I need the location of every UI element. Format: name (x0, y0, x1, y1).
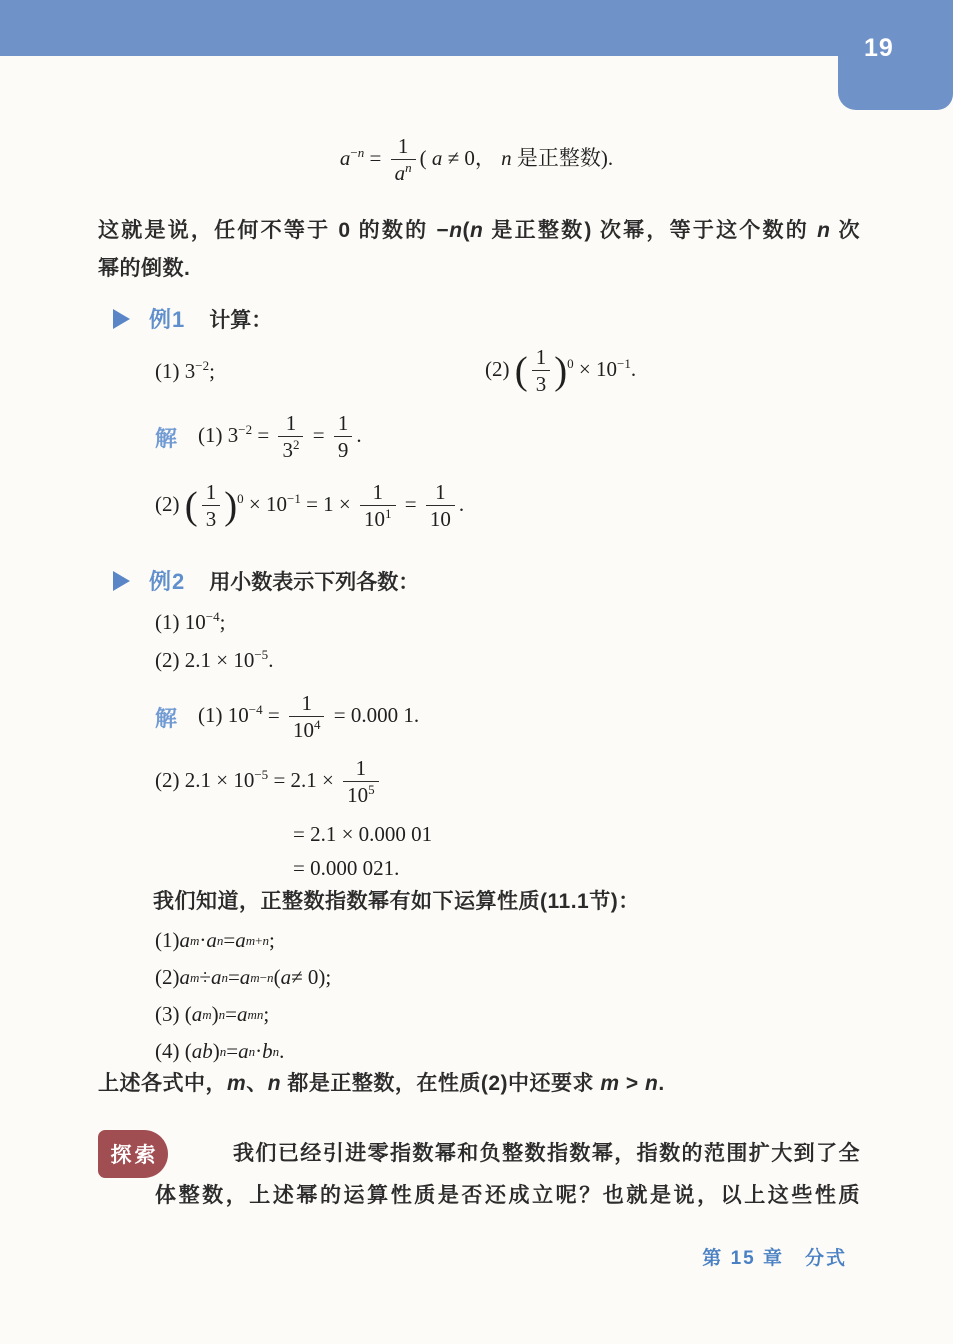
intro-paragraph-line1: 这就是说，任何不等于 0 的数的 −n(n 是正整数) 次幂，等于这个数的 n … (98, 212, 860, 250)
example2-solution2-line1: (2) 2.1 × 10−5 = 2.1 × 1105 (155, 750, 383, 814)
example1-solution2: (2) (13)0 × 10−1 = 1 × 1101 = 110. (155, 474, 464, 538)
property-item-1: (1) am · an = am+n; (155, 922, 331, 959)
example2-marker-icon (113, 571, 130, 591)
property-item-3: (3) ( am)n = amn; (155, 996, 331, 1033)
example1-solution1-text: (1) 3−2 = 132 = 19. (198, 412, 362, 462)
example2-solution2-line2: = 2.1 × 0.000 01 (293, 822, 432, 847)
explore-paragraph: 我们已经引进零指数幂和负整数指数幂，指数的范围扩大到了全 体整数，上述幂的运算性… (155, 1133, 860, 1217)
example1-title: 计算： (209, 304, 272, 334)
page-number: 19 (864, 34, 894, 63)
example1-header: 例1 计算： (113, 303, 272, 334)
example1-solution1: 解 (1) 3−2 = 132 = 19. (155, 408, 362, 466)
example1-solution-label: 解 (155, 422, 178, 453)
explore-paragraph-line2: 体整数，上述幂的运算性质是否还成立呢？也就是说，以上这些性质 (155, 1175, 860, 1217)
property-item-4: (4) ( ab)n = an · bn. (155, 1033, 331, 1070)
example2-solution2-line2-text: = 2.1 × 0.000 01 (293, 822, 432, 846)
explore-paragraph-line1: 我们已经引进零指数幂和负整数指数幂，指数的范围扩大到了全 (155, 1133, 860, 1175)
example2-label: 例2 (149, 565, 185, 596)
example1-label: 例1 (149, 303, 185, 334)
header-page-tab: 19 (838, 0, 953, 110)
example1-item1: (1) 3−2; (155, 359, 485, 384)
intro-paragraph-line2: 幂的倒数. (98, 250, 860, 288)
example2-item2: (2) 2.1 × 10−5. (155, 648, 273, 673)
properties-intro: 我们知道，正整数指数幂有如下运算性质(11.1节)： (98, 886, 860, 918)
example2-title: 用小数表示下列各数： (209, 566, 419, 596)
example2-item1: (1) 10−4; (155, 610, 225, 635)
example2-item2-text: (2) 2.1 × 10−5. (155, 648, 273, 672)
header-band (0, 0, 953, 56)
example2-solution1: 解 (1) 10−4 = 1104 = 0.000 1. (155, 688, 419, 746)
properties-list: (1) am · an = am+n; (2) am ÷ an = am−n( … (155, 922, 331, 1070)
formula-text: a−n = 1an( a ≠ 0， n 是正整数). (340, 135, 613, 185)
intro-paragraph: 这就是说，任何不等于 0 的数的 −n(n 是正整数) 次幂，等于这个数的 n … (98, 212, 860, 288)
page-footer: 第 15 章 分式 (0, 1243, 847, 1270)
example2-header: 例2 用小数表示下列各数： (113, 565, 419, 596)
definition-formula: a−n = 1an( a ≠ 0， n 是正整数). (0, 123, 953, 197)
example2-item1-text: (1) 10−4; (155, 610, 225, 634)
example1-item2: (2) (13)0 × 10−1. (485, 346, 636, 396)
properties-note: 上述各式中，m、n 都是正整数，在性质(2)中还要求 m > n. (98, 1068, 860, 1100)
example2-solution2-line3: = 0.000 021. (293, 856, 399, 881)
example1-marker-icon (113, 309, 130, 329)
example1-items: (1) 3−2; (2) (13)0 × 10−1. (155, 340, 855, 402)
example2-solution-label: 解 (155, 702, 178, 733)
explore-badge-label: 探索 (111, 1139, 159, 1169)
textbook-page: 19 a−n = 1an( a ≠ 0， n 是正整数). 这就是说，任何不等于… (0, 0, 953, 1344)
example2-solution2-line1-text: (2) 2.1 × 10−5 = 2.1 × 1105 (155, 757, 383, 807)
example2-solution2-line3-text: = 0.000 021. (293, 856, 399, 880)
example1-solution2-text: (2) (13)0 × 10−1 = 1 × 1101 = 110. (155, 481, 464, 531)
property-item-2: (2) am ÷ an = am−n( a ≠ 0); (155, 959, 331, 996)
example2-solution1-text: (1) 10−4 = 1104 = 0.000 1. (198, 692, 419, 742)
